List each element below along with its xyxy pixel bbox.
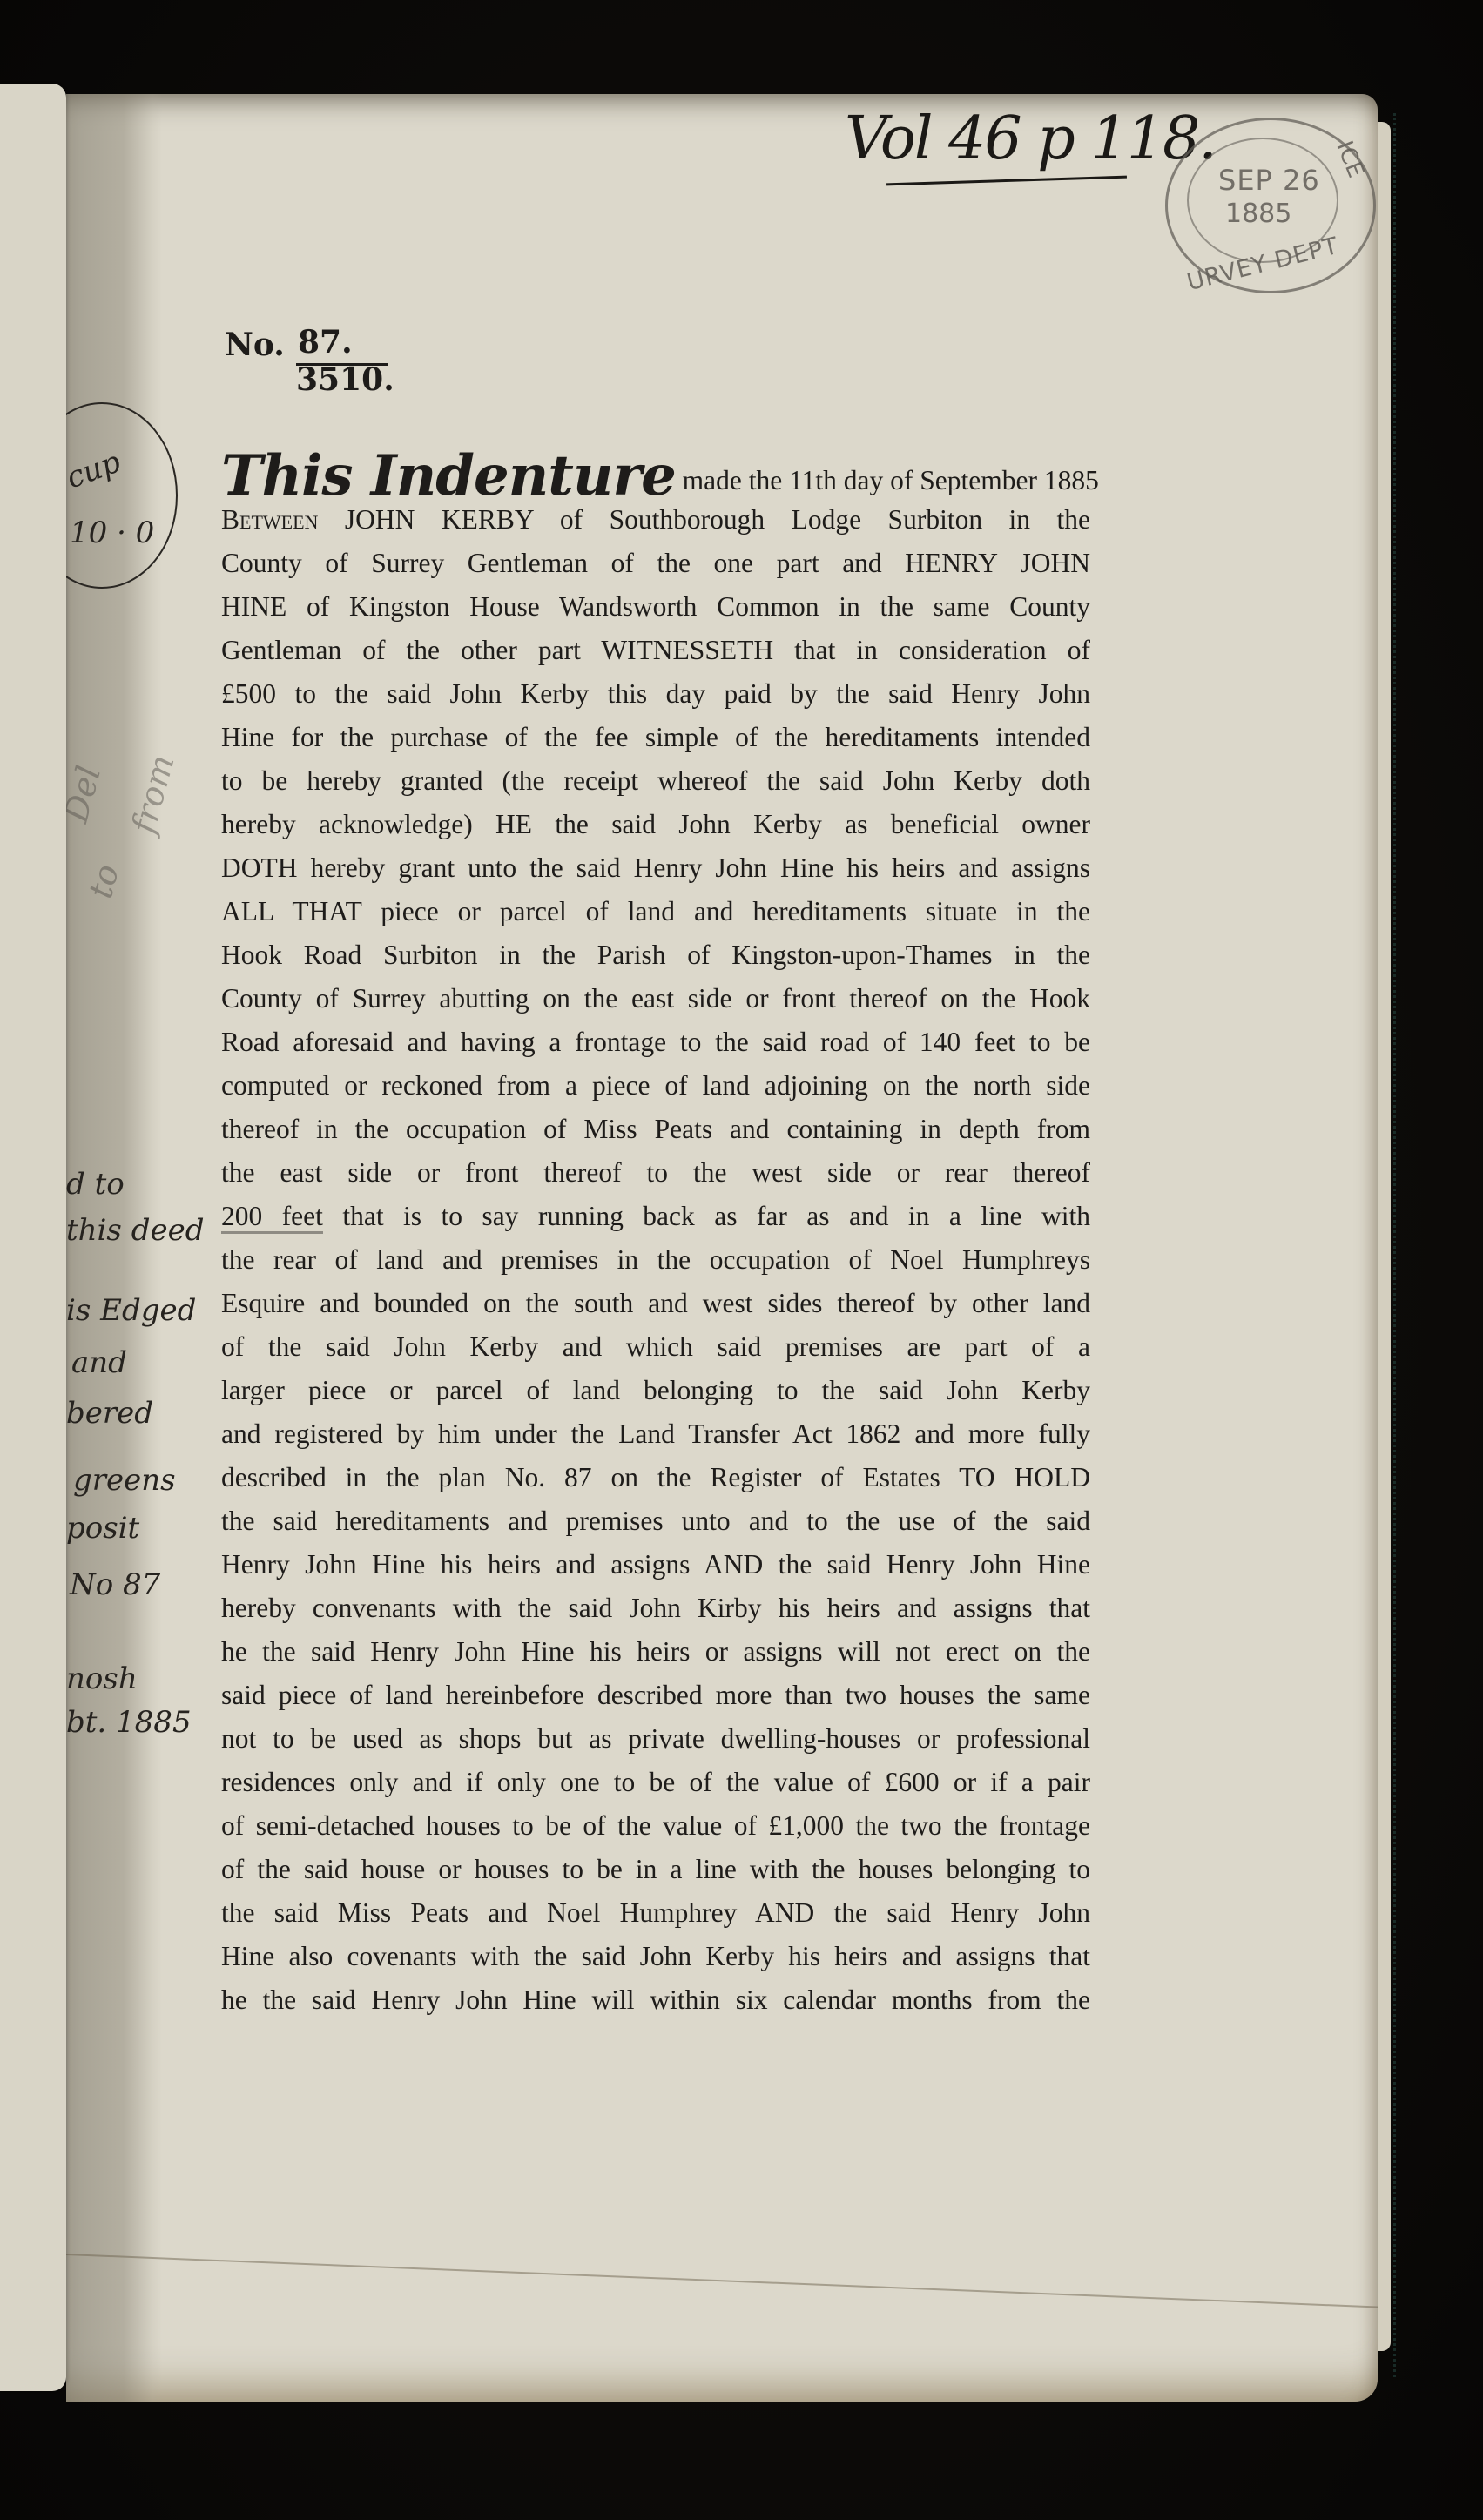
text-line: Between JOHN KERBY of Southborough Lodge…: [221, 498, 1090, 542]
volume-reference: Vol 46 p 118.: [845, 104, 1216, 173]
stamp-year: 1885: [1225, 199, 1291, 229]
text-line: Hook Road Surbiton in the Parish of King…: [221, 933, 1090, 977]
text-line: of the said house or houses to be in a l…: [221, 1848, 1090, 1891]
text-line: he the said Henry John Hine will within …: [221, 1978, 1090, 2022]
margin-note: greens: [73, 1463, 176, 1498]
text-line: Road aforesaid and having a frontage to …: [221, 1021, 1090, 1064]
margin-note: is Edged: [66, 1293, 196, 1328]
text-line: Hine also covenants with the said John K…: [221, 1935, 1090, 1978]
text-line: DOTH hereby grant unto the said Henry Jo…: [221, 846, 1090, 890]
adjacent-page-edge: [0, 84, 66, 2391]
text-line: ALL THAT piece or parcel of land and her…: [221, 890, 1090, 933]
margin-note: posit: [66, 1511, 139, 1546]
text-line: computed or reckoned from a piece of lan…: [221, 1064, 1090, 1108]
text-line: larger piece or parcel of land belonging…: [221, 1369, 1090, 1412]
text-line: of semi-detached houses to be of the val…: [221, 1804, 1090, 1848]
text-line: said piece of land hereinbefore describe…: [221, 1674, 1090, 1717]
paper-crease: [66, 2254, 1378, 2308]
stamp-date: SEP 26: [1218, 164, 1320, 197]
text-line: £500 to the said John Kerby this day pai…: [221, 672, 1090, 716]
text-line: and registered by him under the Land Tra…: [221, 1412, 1090, 1456]
margin-note: No 87: [70, 1567, 160, 1602]
document-number-label: No.: [225, 327, 285, 363]
line-text: made the 11th day of September 1885: [676, 465, 1099, 495]
margin-note: bt. 1885: [66, 1705, 192, 1740]
between-keyword: Between: [221, 504, 318, 535]
text-line: the east side or front thereof to the we…: [221, 1151, 1090, 1195]
margin-note: d to: [66, 1167, 125, 1202]
text-line: thereof in the occupation of Miss Peats …: [221, 1108, 1090, 1151]
text-line: the said hereditaments and premises unto…: [221, 1499, 1090, 1543]
text-line: the said Miss Peats and Noel Humphrey AN…: [221, 1891, 1090, 1935]
margin-note: and: [71, 1345, 127, 1380]
text-line: HINE of Kingston House Wandsworth Common…: [221, 585, 1090, 629]
text-line: not to be used as shops but as private d…: [221, 1717, 1090, 1761]
text-line: hereby acknowledge) HE the said John Ker…: [221, 803, 1090, 846]
indenture-body: This Indenture made the 11th day of Sept…: [221, 455, 1090, 2022]
margin-note: bered: [66, 1396, 153, 1431]
underlined-depth: 200 feet: [221, 1201, 323, 1234]
text-line: This Indenture made the 11th day of Sept…: [221, 455, 1090, 498]
text-line: Gentleman of the other part WITNESSETH t…: [221, 629, 1090, 672]
line-text: that is to say running back as far as an…: [323, 1201, 1090, 1231]
text-line: of the said John Kerby and which said pr…: [221, 1325, 1090, 1369]
text-line: residences only and if only one to be of…: [221, 1761, 1090, 1804]
margin-note-amount: 10 · 0: [70, 515, 154, 550]
text-line: Henry John Hine his heirs and assigns AN…: [221, 1543, 1090, 1587]
document-number-bottom: 3510.: [296, 361, 394, 398]
text-line: the rear of land and premises in the occ…: [221, 1238, 1090, 1282]
margin-note: nosh: [66, 1661, 138, 1696]
text-line: described in the plan No. 87 on the Regi…: [221, 1456, 1090, 1499]
text-line: Esquire and bounded on the south and wes…: [221, 1282, 1090, 1325]
survey-dept-stamp: SEP 26 1885 URVEY DEPT ICE: [1165, 118, 1376, 293]
text-line: County of Surrey abutting on the east si…: [221, 977, 1090, 1021]
document-number-top: 87.: [298, 324, 353, 360]
line-text: JOHN KERBY of Southborough Lodge Surbito…: [318, 504, 1090, 535]
text-line: Hine for the purchase of the fee simple …: [221, 716, 1090, 759]
text-line: he the said Henry John Hine his heirs or…: [221, 1630, 1090, 1674]
text-line: to be hereby granted (the receipt whereo…: [221, 759, 1090, 803]
text-line: hereby convenants with the said John Kir…: [221, 1587, 1090, 1630]
book-cover-stitching: [1393, 113, 1444, 2377]
text-line: 200 feet that is to say running back as …: [221, 1195, 1090, 1238]
text-line: County of Surrey Gentleman of the one pa…: [221, 542, 1090, 585]
margin-note: this deed: [66, 1213, 204, 1248]
